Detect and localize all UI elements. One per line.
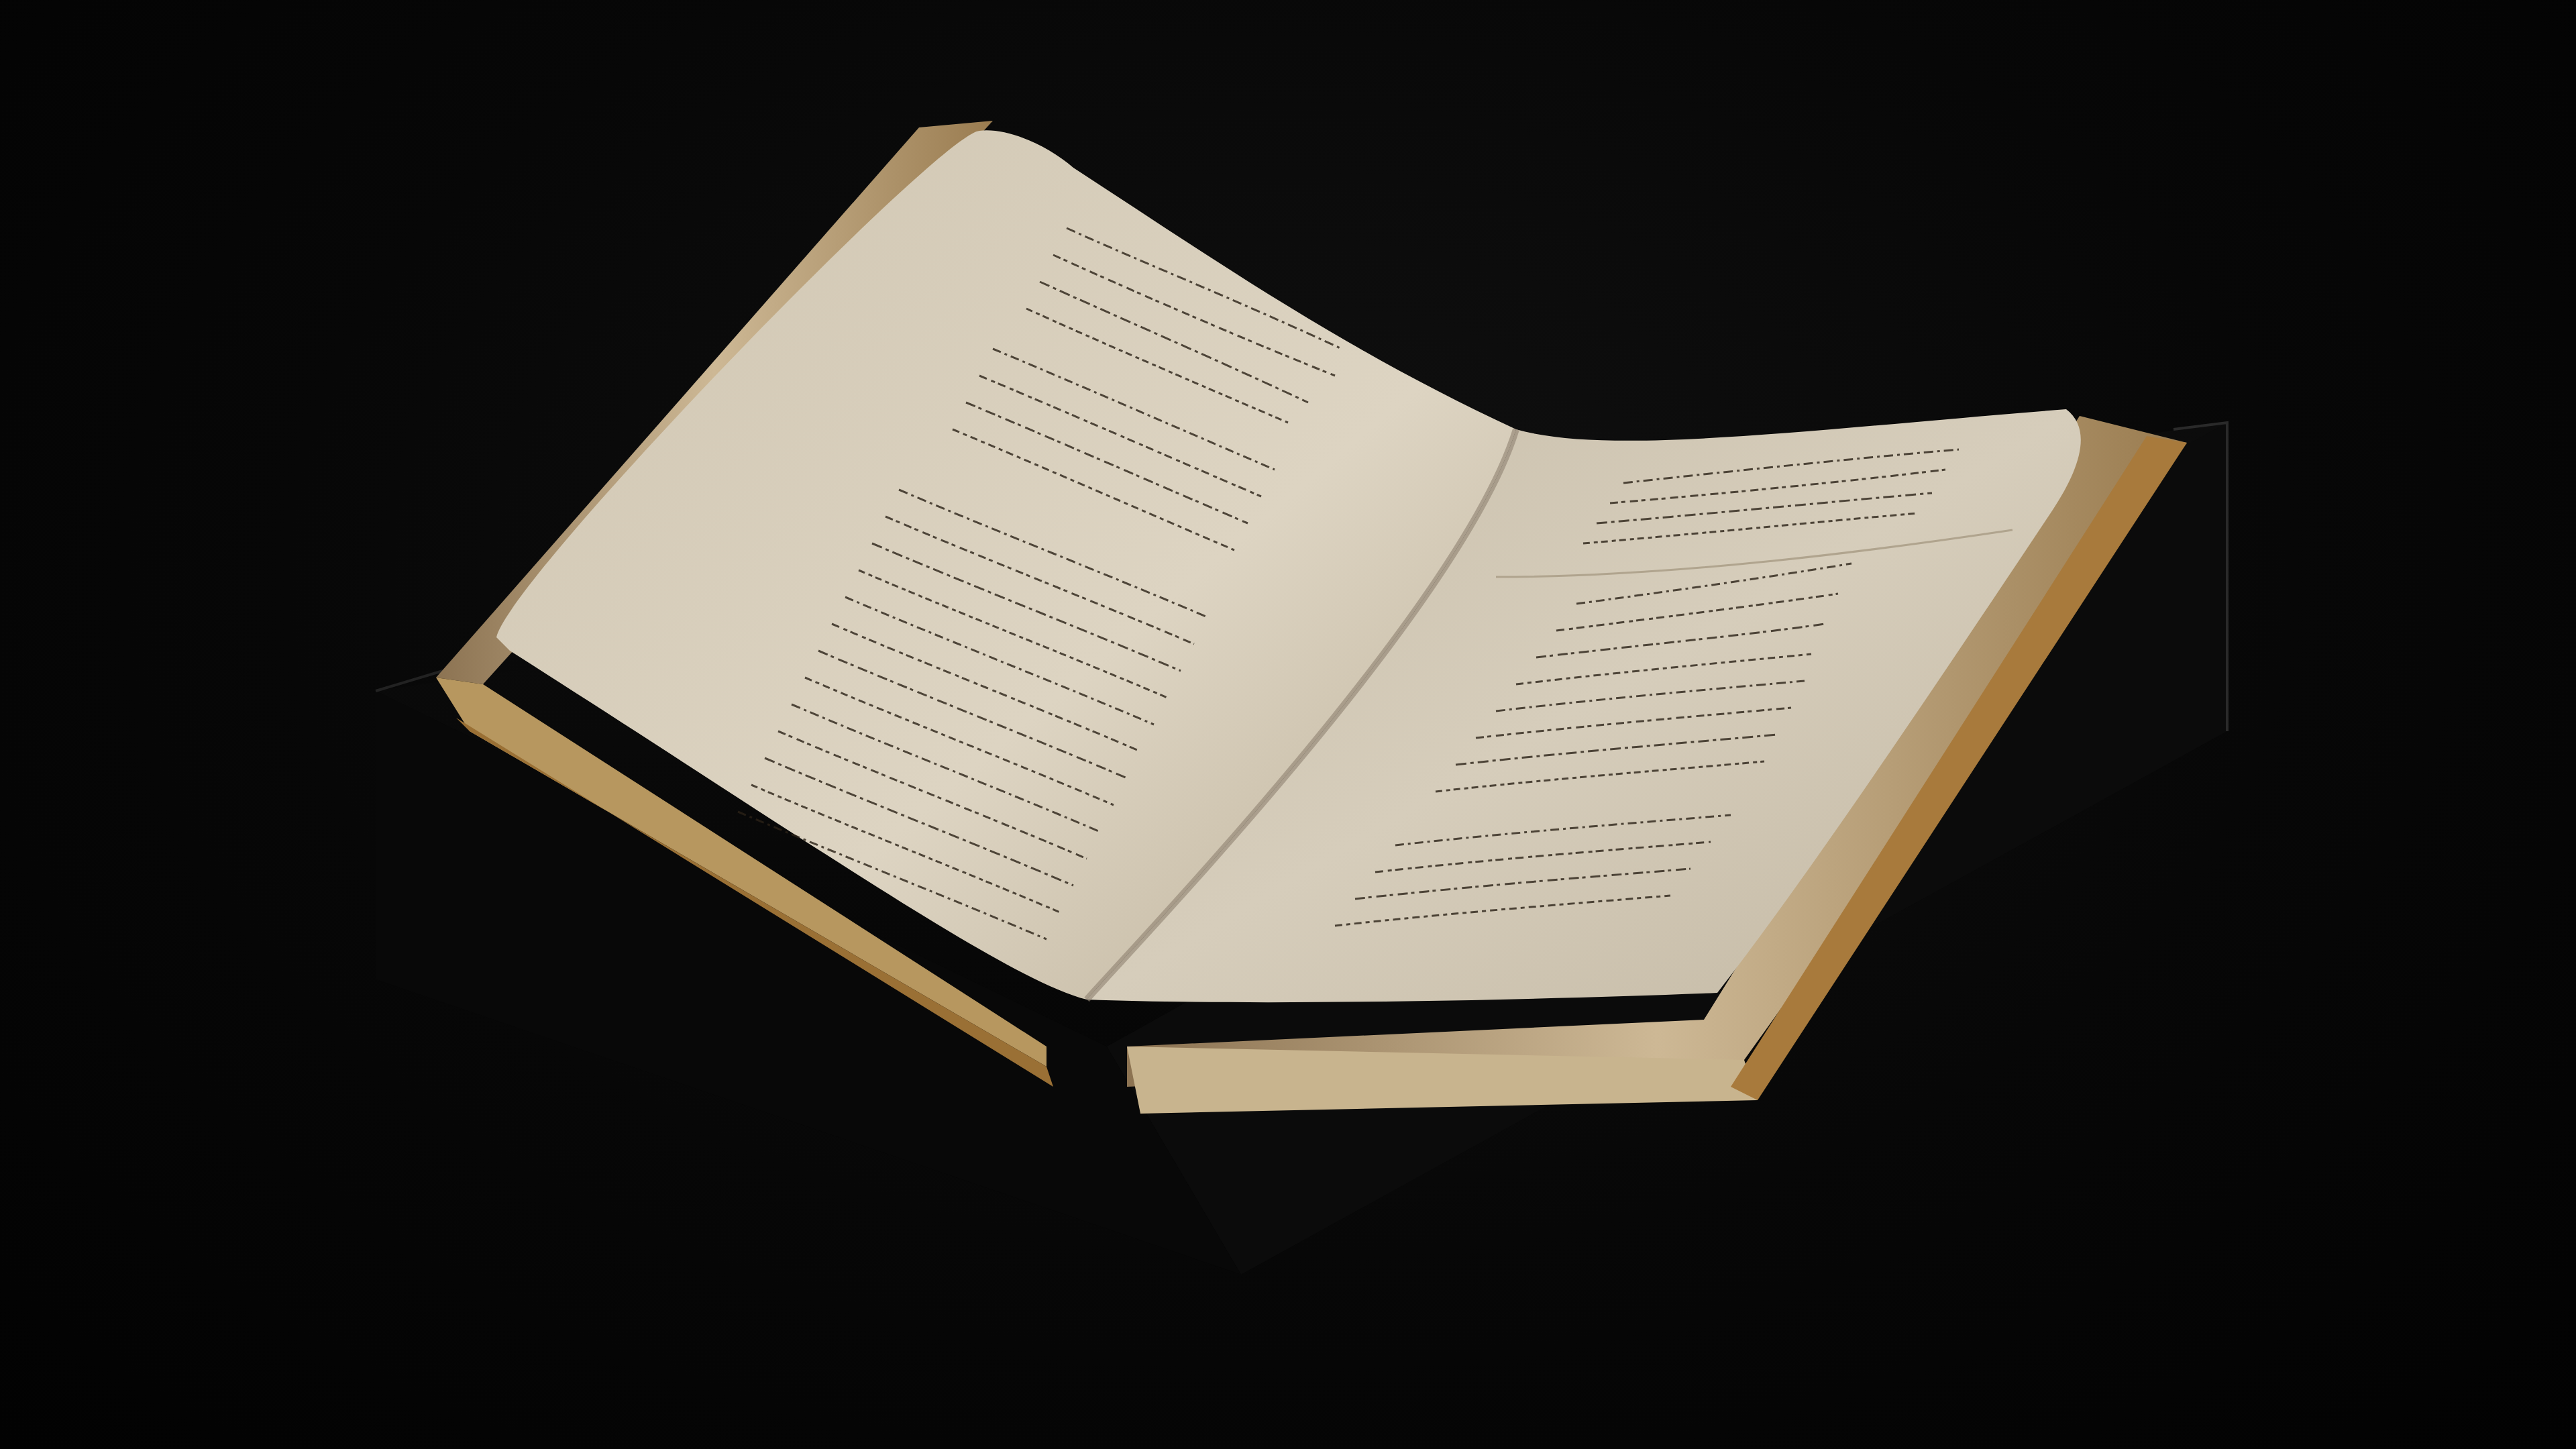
scene [0,0,2576,1449]
book-on-stand-illustration [0,0,2576,1449]
